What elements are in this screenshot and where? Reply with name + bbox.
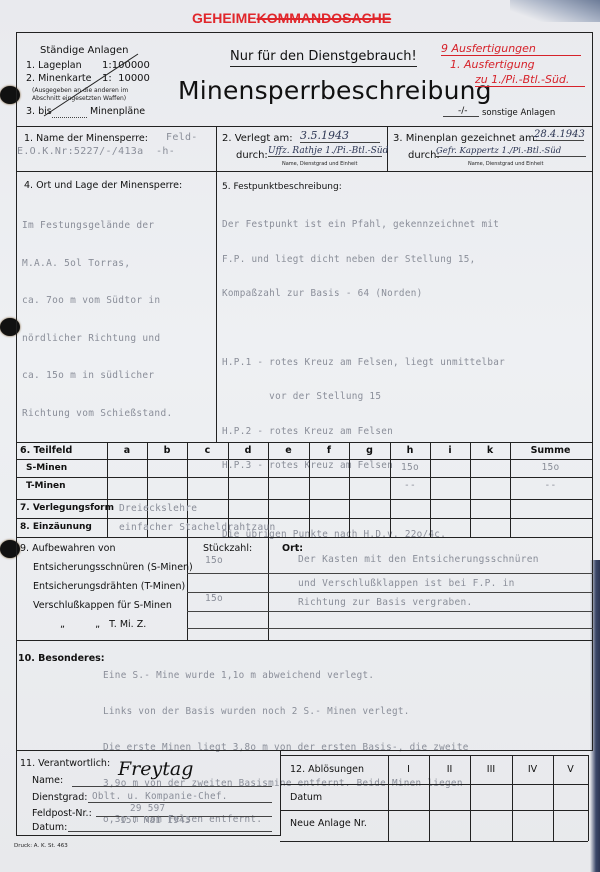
storage-item-label: „ „ T. Mi. Z. — [60, 619, 146, 630]
fixed-point-line: H.P.1 - rotes Kreuz am Felsen, liegt unm… — [222, 357, 505, 369]
storage-item-label: Entsicherungsdrähten (T-Minen) — [33, 581, 185, 592]
mine-barrier-name-value-2: E.O.K.Nr:5227/-/413a -h- — [17, 146, 175, 157]
plan-drawn-by-value: Gefr. Kappertz 1./Pi.-Btl.-Süd — [436, 146, 586, 157]
relief-row-line — [280, 810, 588, 811]
plan-drawn-date: 28.4.1943 — [534, 129, 584, 141]
storage-row-line — [187, 592, 593, 593]
remarks-label: 10. Besonderes: — [18, 653, 105, 664]
teilfeld-table: 6. TeilfeldabcdefghikSummeS-Minen15o15oT… — [16, 442, 593, 537]
relief-row-line — [280, 841, 588, 842]
divider-s1-s2 — [216, 126, 217, 171]
plan-drawn-by-caption: Name, Dienstgrad und Einheit — [468, 161, 543, 167]
copy-number-note: 1. Ausfertigung — [450, 58, 535, 71]
divider-header — [16, 126, 593, 127]
relief-table: 12. AblösungenIIIIIIIVVDatumNeue Anlage … — [280, 755, 588, 841]
relief-row-label: Neue Anlage Nr. — [290, 818, 367, 829]
location-line: Im Festungsgelände der — [22, 220, 173, 233]
fixed-point-line: vor der Stellung 15 — [222, 391, 505, 403]
plan-drawn-label: 3. Minenplan gezeichnet am: — [393, 133, 538, 144]
fieldpost-value: 29 597 — [130, 803, 165, 814]
laid-by-label: durch: — [236, 150, 268, 161]
storage-item-label: Entsicherungsschnüren (S-Minen) — [33, 562, 193, 573]
storage-label: 9. Aufbewahren von — [20, 543, 115, 554]
location-line: Richtung vom Schießstand. — [22, 408, 173, 421]
teilfeld-column-header: i — [430, 445, 470, 456]
storage-location-line: Richtung zur Basis vergraben. — [298, 597, 473, 608]
teilfeld-column-header: d — [228, 445, 268, 456]
blank-line — [222, 323, 505, 334]
table-col-line — [349, 442, 350, 537]
count-header: Stückzahl: — [203, 543, 252, 554]
relief-column-header: III — [470, 764, 512, 775]
relief-row-line — [280, 755, 588, 756]
name-label: Name: — [32, 775, 63, 786]
table-row-line — [16, 459, 593, 460]
table-row-line — [16, 477, 593, 478]
divider-s4-s5 — [216, 171, 217, 442]
teilfeld-row-label: T-Minen — [26, 481, 66, 491]
teilfeld-column-header: k — [470, 445, 510, 456]
teilfeld-cell: 15o — [390, 462, 430, 473]
table-row-line — [16, 518, 593, 519]
teilfeld-row-label: 7. Verlegungsform — [20, 503, 114, 513]
teilfeld-span-value: einfacher Stacheldrahtzaun — [119, 522, 276, 533]
divider-count-location — [268, 537, 269, 640]
laid-by-value: Uffz. Rathje 1./Pi.-Btl.-Süd — [268, 146, 382, 157]
other-attachments-count: -/- — [458, 106, 468, 116]
teilfeld-cell: -- — [390, 480, 430, 491]
teilfeld-column-header: a — [107, 445, 147, 456]
relief-header: 12. Ablösungen — [290, 764, 364, 775]
teilfeld-column-header: b — [147, 445, 187, 456]
location-label: 4. Ort und Lage der Minensperre: — [24, 180, 182, 191]
laid-by-caption: Name, Dienstgrad und Einheit — [282, 161, 357, 167]
remarks-line: Eine S.- Mine wurde 1,1o m abweichend ve… — [103, 670, 469, 682]
remarks-line: Links von der Basis wurden noch 2 S.- Mi… — [103, 706, 469, 718]
teilfeld-header: 6. Teilfeld — [20, 445, 72, 456]
divider-s8-s9 — [16, 537, 593, 538]
location-text: Im Festungsgelände der M.A.A. 5ol Torras… — [22, 195, 173, 445]
relief-column-header: II — [429, 764, 470, 775]
rank-line — [88, 802, 272, 803]
teilfeld-column-header: g — [349, 445, 390, 456]
signature: Freytag — [118, 758, 193, 780]
fixed-point-line: F.P. und liegt dicht neben der Stellung … — [222, 254, 505, 266]
relief-column-header: I — [388, 764, 429, 775]
document-title: Minensperrbeschreibung — [178, 76, 492, 105]
storage-row-line — [187, 611, 593, 612]
relief-row-label: Datum — [290, 792, 322, 803]
divider-s9-count — [187, 537, 188, 640]
relief-row-line — [280, 784, 588, 785]
laid-on-label: 2. Verlegt am: — [222, 133, 293, 144]
teilfeld-column-header: c — [187, 445, 228, 456]
mine-barrier-name-value-1: Feld- — [166, 132, 198, 143]
struck-classification-text: KOMMANDOSACHE — [257, 10, 392, 26]
storage-item-label: Verschlußkappen für S-Minen — [33, 600, 172, 611]
table-col-line — [107, 442, 108, 537]
teilfeld-column-header: f — [309, 445, 349, 456]
teilfeld-span-value: Dreieckslehre — [119, 503, 197, 514]
laid-on-date: 3.5.1943 — [300, 129, 380, 143]
name-line — [72, 786, 272, 787]
relief-column-header: IV — [512, 764, 553, 775]
fieldpost-label: Feldpost-Nr.: — [32, 808, 92, 819]
responsible-label: 11. Verantwortlich: — [20, 758, 110, 769]
teilfeld-column-header: h — [390, 445, 430, 456]
fixed-point-line: Der Festpunkt ist ein Pfahl, gekennzeich… — [222, 219, 505, 231]
teilfeld-column-header: Summe — [510, 445, 591, 456]
storage-row-line — [187, 573, 593, 574]
table-col-line — [470, 442, 471, 537]
table-col-line — [430, 442, 431, 537]
responsible-date-label: Datum: — [32, 822, 67, 833]
classification-stamp: GEHEIMEKOMMANDOSACHE — [192, 10, 391, 26]
teilfeld-row-label: S-Minen — [26, 463, 67, 473]
storage-row-line — [187, 628, 593, 629]
classification-text: GEHEIME — [192, 10, 257, 26]
location-line: M.A.A. 5ol Torras, — [22, 258, 173, 271]
responsible-date-value: 15. Mai 1943 — [120, 815, 191, 826]
storage-location-label: Ort: — [282, 543, 303, 554]
responsible-date-line — [68, 831, 272, 832]
copies-count-note: 9 Ausfertigungen — [441, 42, 581, 56]
rank-label: Dienstgrad: — [32, 792, 87, 803]
divider-s9-s10 — [16, 640, 593, 641]
document-sheet: GEHEIMEKOMMANDOSACHE Ständige Anlagen 1.… — [0, 0, 600, 872]
relief-col-line — [588, 755, 589, 841]
teilfeld-row-label: 8. Einzäunung — [20, 522, 92, 532]
location-line: ca. 7oo m vom Südtor in — [22, 295, 173, 308]
fixed-point-line: Kompaßzahl zur Basis - 64 (Norden) — [222, 288, 505, 300]
location-line: nördlicher Richtung und — [22, 333, 173, 346]
location-line: ca. 15o m in südlicher — [22, 370, 173, 383]
other-attachments-label: sonstige Anlagen — [482, 108, 555, 118]
relief-column-header: V — [553, 764, 588, 775]
teilfeld-cell: -- — [510, 480, 591, 491]
mine-barrier-name-label: 1. Name der Minensperre: — [24, 133, 148, 144]
fixed-point-label: 5. Festpunktbeschreibung: — [222, 182, 342, 192]
rank-value: Oblt. u. Kompanie-Chef. — [92, 791, 228, 802]
storage-location-line: und Verschlußklappen ist bei F.P. in — [298, 578, 515, 589]
teilfeld-cell: 15o — [510, 462, 591, 473]
folder-background — [510, 0, 600, 22]
fixed-point-line: H.P.2 - rotes Kreuz am Felsen — [222, 426, 505, 438]
table-col-line — [309, 442, 310, 537]
divider-row1 — [16, 171, 593, 172]
print-mark: Druck: A. K. St. 463 — [14, 843, 68, 849]
storage-location-line: Der Kasten mit den Entsicherungsschnüren — [298, 554, 539, 565]
copy-recipient-note: zu 1./Pi.-Btl.-Süd. — [475, 73, 585, 87]
strike-through-diagonal — [40, 50, 140, 120]
table-row-line — [16, 499, 593, 500]
table-row-line — [16, 442, 593, 443]
teilfeld-column-header: e — [268, 445, 309, 456]
storage-item-count: 15o — [205, 555, 223, 566]
restriction-notice: Nur für den Dienstgebrauch! — [230, 49, 417, 67]
other-attachments-blank — [443, 116, 479, 117]
storage-item-count: 15o — [205, 593, 223, 604]
